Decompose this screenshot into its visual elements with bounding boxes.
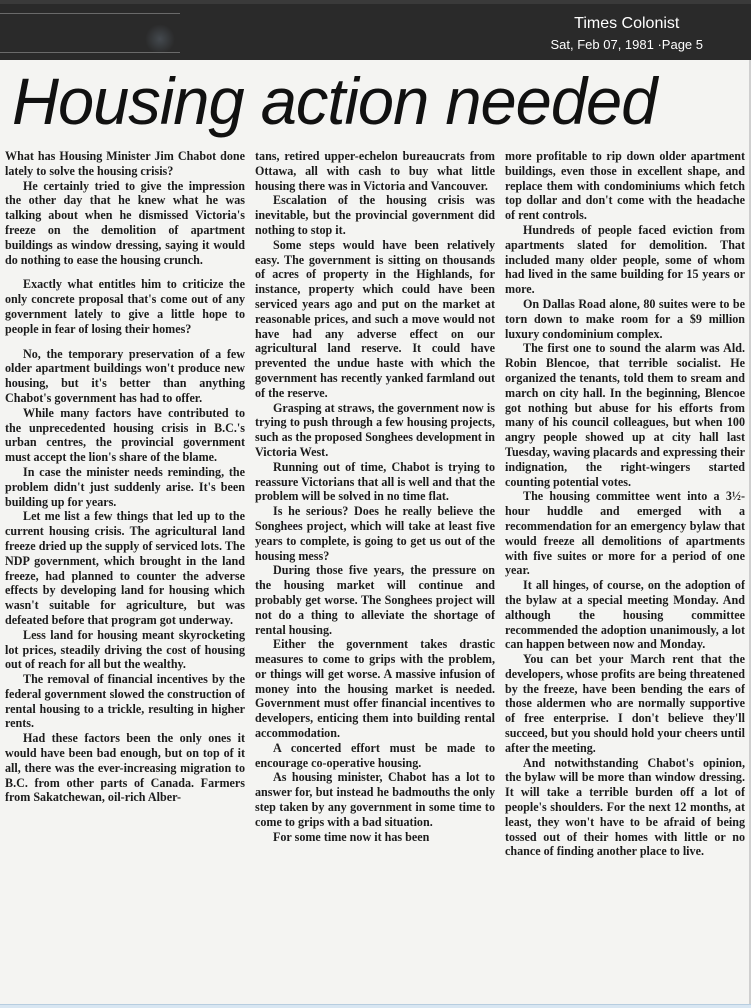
- article-column-2: tans, retired upper-echelon bureaucrats …: [255, 149, 495, 1004]
- paragraph: For some time now it has been: [255, 830, 495, 845]
- paragraph: Had these factors been the only ones it …: [5, 731, 245, 805]
- paragraph: The first one to sound the alarm was Ald…: [505, 341, 745, 489]
- paragraph: Some steps would have been relatively ea…: [255, 238, 495, 401]
- publication-info: Times Colonist Sat, Feb 07, 1981 ·Page 5: [551, 14, 704, 54]
- paragraph: You can bet your March rent that the dev…: [505, 652, 745, 756]
- logo-smudge: [145, 24, 175, 54]
- viewer-header: Times Colonist Sat, Feb 07, 1981 ·Page 5: [0, 0, 751, 60]
- article-column-1: What has Housing Minister Jim Chabot don…: [5, 149, 245, 1004]
- paragraph: Is he serious? Does he really believe th…: [255, 504, 495, 563]
- paragraph: more profitable to rip down older apartm…: [505, 149, 745, 223]
- paragraph: He certainly tried to give the impressio…: [5, 179, 245, 268]
- paragraph: Escalation of the housing crisis was ine…: [255, 193, 495, 237]
- paragraph: Let me list a few things that led up to …: [5, 509, 245, 627]
- paragraph: Exactly what entitles him to criticize t…: [5, 277, 245, 336]
- article-column-3: more profitable to rip down older apartm…: [505, 149, 745, 1004]
- paragraph: It all hinges, of course, on the adoptio…: [505, 578, 745, 652]
- paragraph: Running out of time, Chabot is trying to…: [255, 460, 495, 504]
- paragraph: tans, retired upper-echelon bureaucrats …: [255, 149, 495, 193]
- article-headline: Housing action needed: [12, 62, 731, 140]
- paragraph: The housing committee went into a 3½-hou…: [505, 489, 745, 578]
- paragraph: No, the temporary preservation of a few …: [5, 347, 245, 406]
- publication-name: Times Colonist: [551, 14, 704, 34]
- paragraph: While many factors have contributed to t…: [5, 406, 245, 465]
- paragraph: And notwithstanding Chabot's opinion, th…: [505, 756, 745, 860]
- newspaper-clipping: Housing action needed What has Housing M…: [0, 60, 751, 1008]
- publication-date-page: Sat, Feb 07, 1981 ·Page 5: [551, 36, 704, 54]
- paragraph: What has Housing Minister Jim Chabot don…: [5, 149, 245, 179]
- paragraph: As housing minister, Chabot has a lot to…: [255, 770, 495, 829]
- paragraph: In case the minister needs reminding, th…: [5, 465, 245, 509]
- paragraph: During those five years, the pressure on…: [255, 563, 495, 637]
- paragraph: A concerted effort must be made to encou…: [255, 741, 495, 771]
- paragraph: Less land for housing meant skyrocketing…: [5, 628, 245, 672]
- paragraph: The removal of financial incentives by t…: [5, 672, 245, 731]
- header-rule: [0, 13, 180, 14]
- paragraph: Hundreds of people faced eviction from a…: [505, 223, 745, 297]
- viewer-bottom-edge: [0, 1004, 751, 1008]
- paragraph: Grasping at straws, the government now i…: [255, 401, 495, 460]
- article-body: What has Housing Minister Jim Chabot don…: [5, 149, 745, 1004]
- paragraph: On Dallas Road alone, 80 suites were to …: [505, 297, 745, 341]
- paragraph: Either the government takes drastic meas…: [255, 637, 495, 741]
